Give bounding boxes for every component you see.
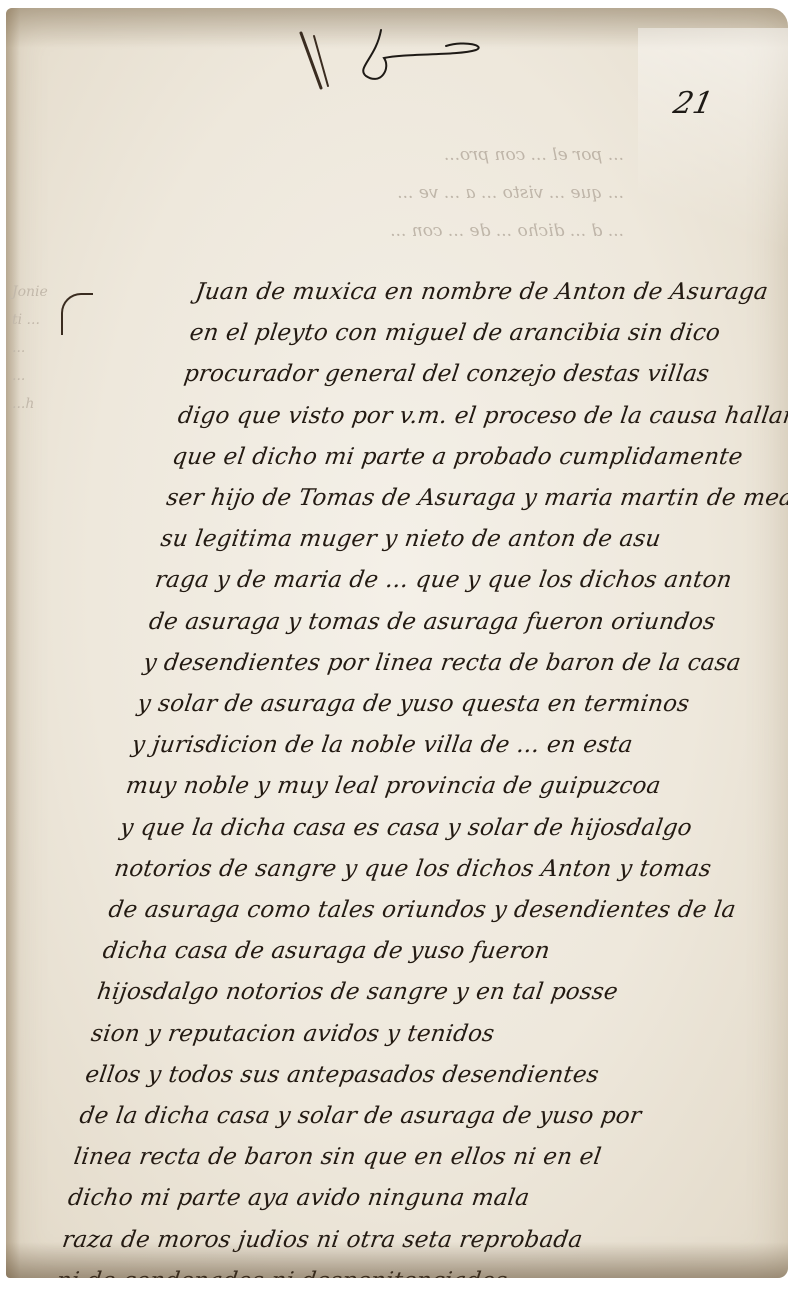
margin-note: ... [12,362,72,390]
text-line: dicha casa de asuraga de yuso fueron [100,931,766,972]
text-line: sion y reputacion avidos y tenidos [88,1014,754,1055]
page-edge-shadow [6,8,20,1278]
text-line: su legitima muger y nieto de anton de as… [158,519,788,560]
text-line: de la dicha casa y solar de asuraga de y… [77,1096,743,1137]
margin-notes: Jonie ti ... ... ... ...h [12,278,72,418]
text-line: en el pleyto con miguel de arancibia sin… [187,313,788,354]
text-line: ni de condenados ni despenitenciados [54,1261,720,1278]
text-line: Juan de muxica en nombre de Anton de Asu… [193,272,788,313]
text-line: y solar de asuraga de yuso questa en ter… [135,684,788,725]
text-line: notorios de sangre y que los dichos Anto… [112,849,778,890]
manuscript-page: 21 ... por el ... con pro... ... que ...… [6,8,788,1278]
bleed-through-text: ... por el ... con pro... ... que ... vi… [24,136,624,250]
text-line: ser hijo de Tomas de Asuraga y maria mar… [164,478,788,519]
text-line: y que la dicha casa es casa y solar de h… [117,808,783,849]
text-line: digo que visto por v.m. el proceso de la… [175,396,788,437]
text-line: ellos y todos sus antepasados desendient… [83,1055,749,1096]
margin-bracket-icon [61,293,93,335]
text-line: raga y de maria de ... que y que los dic… [152,560,788,601]
text-line: y jurisdicion de la noble villa de ... e… [129,725,788,766]
text-line: raza de moros judios ni otra seta reprob… [59,1220,725,1261]
text-line: dicho mi parte aya avido ninguna mala [65,1178,731,1219]
text-line: que el dicho mi parte a probado cumplida… [169,437,788,478]
text-line: linea recta de baron sin que en ellos ni… [71,1137,737,1178]
manuscript-body: Juan de muxica en nombre de Anton de Asu… [54,272,788,1278]
text-line: hijosdalgo notorios de sangre y en tal p… [94,972,760,1013]
bleed-line: ... por el ... con pro... [24,136,624,174]
text-line: de asuraga como tales oriundos y desendi… [106,890,772,931]
margin-note: ...h [12,390,72,418]
text-line: muy noble y muy leal provincia de guipuz… [123,766,788,807]
rubric-flourish-icon [296,28,486,98]
text-line: procurador general del conzejo destas vi… [181,354,788,395]
bleed-line: ... que ... visto ... a ... ve ... [24,174,624,212]
text-line: de asuraga y tomas de asuraga fueron ori… [146,602,788,643]
bleed-line: ... d ... dicho ... de ... con ... [24,212,624,250]
folio-number: 21 [670,86,716,121]
scan-background: 21 ... por el ... con pro... ... que ...… [0,0,805,1300]
margin-note: ... [12,334,72,362]
text-line: y desendientes por linea recta de baron … [140,643,788,684]
